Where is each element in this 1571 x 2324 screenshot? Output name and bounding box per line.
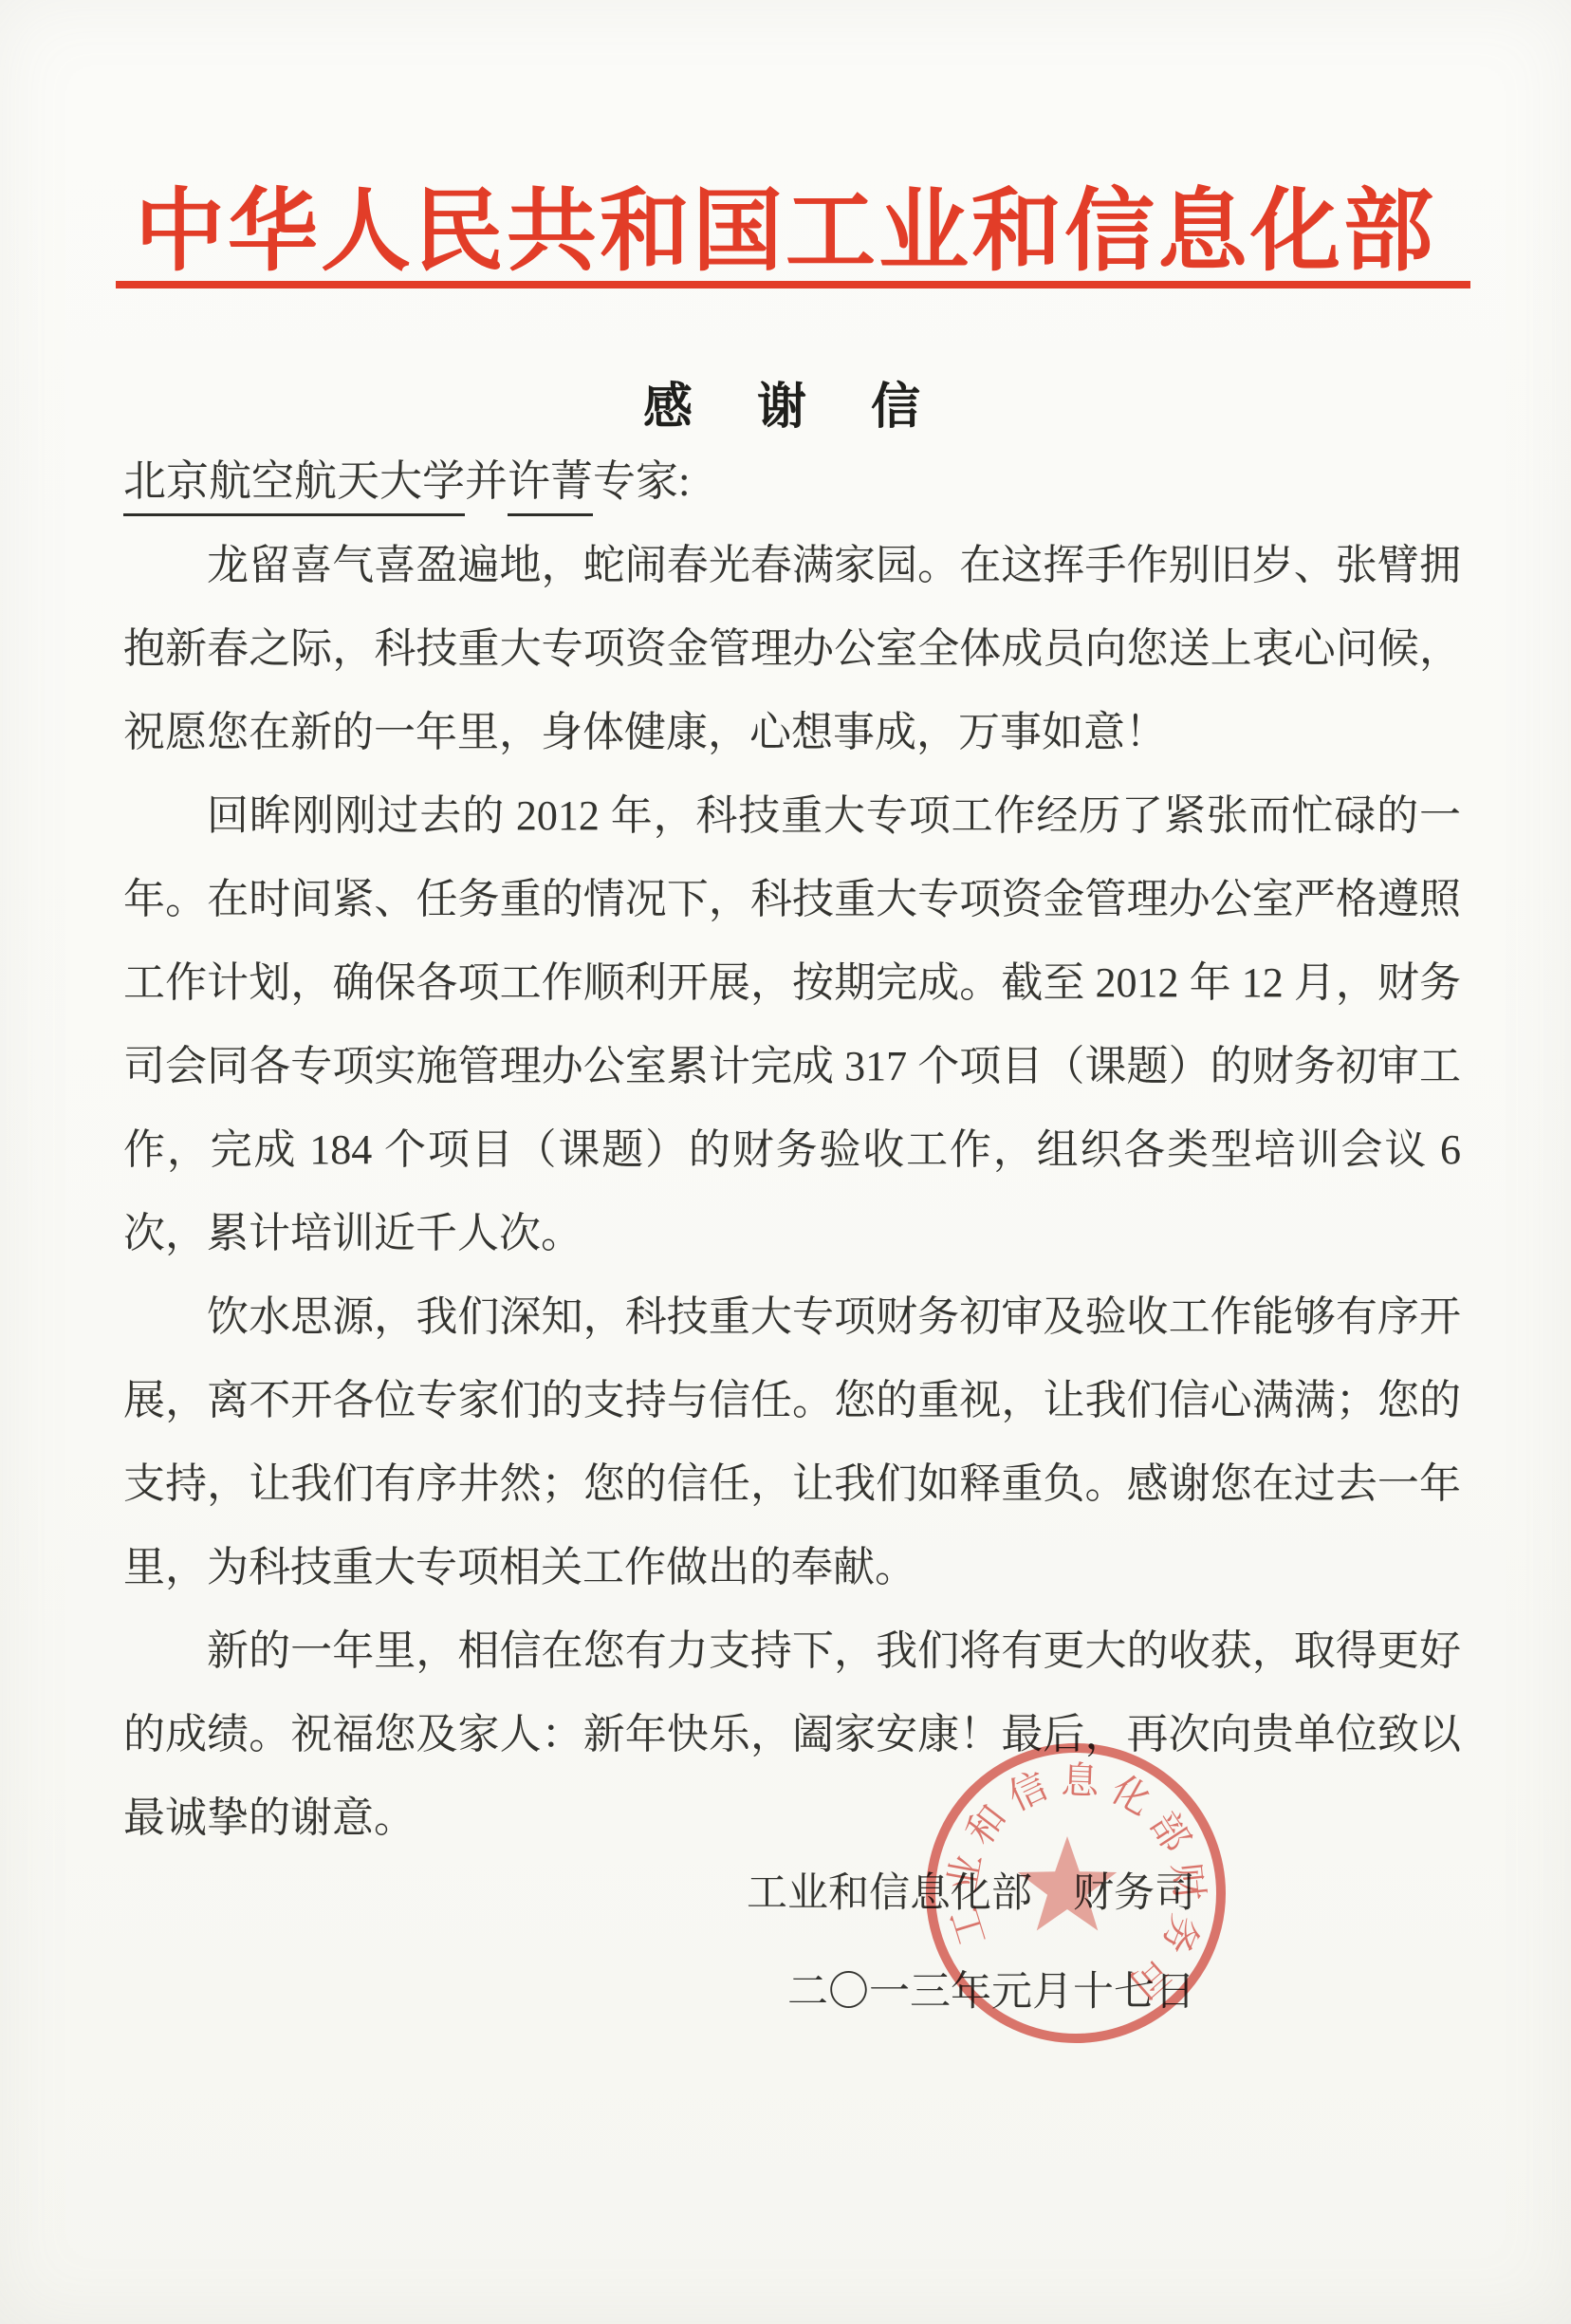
salutation: 北京航空航天大学并许菁专家:	[123, 446, 691, 508]
body-paragraph: 新的一年里，相信在您有力支持下，我们将有更大的收获，取得更好的成绩。祝福您及家人…	[123, 1609, 1461, 1860]
date-line: 二〇一三年元月十七日	[0, 1951, 1195, 2035]
salutation-suffix: 专家:	[593, 457, 691, 505]
signature-line: 工业和信息化部 财务司	[0, 1852, 1195, 1936]
body-paragraph: 饮水思源，我们深知，科技重大专项财务初审及验收工作能够有序开展，离不开各位专家们…	[123, 1275, 1461, 1609]
salutation-org: 北京航空航天大学	[123, 457, 465, 516]
letter-title: 感 谢 信	[0, 366, 1571, 437]
letter-body: 龙留喜气喜盈遍地，蛇闹春光春满家园。在这挥手作别旧岁、张臂拥抱新春之际，科技重大…	[123, 524, 1461, 1860]
body-paragraph: 龙留喜气喜盈遍地，蛇闹春光春满家园。在这挥手作别旧岁、张臂拥抱新春之际，科技重大…	[123, 524, 1461, 774]
body-paragraph: 回眸刚刚过去的 2012 年，科技重大专项工作经历了紧张而忙碌的一年。在时间紧、…	[123, 774, 1461, 1275]
salutation-connector: 并	[465, 457, 508, 505]
salutation-name: 许菁	[508, 457, 593, 516]
header-divider	[116, 281, 1470, 288]
letter-page: 中华人民共和国工业和信息化部 感 谢 信 北京航空航天大学并许菁专家: 龙留喜气…	[0, 0, 1571, 2324]
ministry-header: 中华人民共和国工业和信息化部	[0, 159, 1571, 288]
